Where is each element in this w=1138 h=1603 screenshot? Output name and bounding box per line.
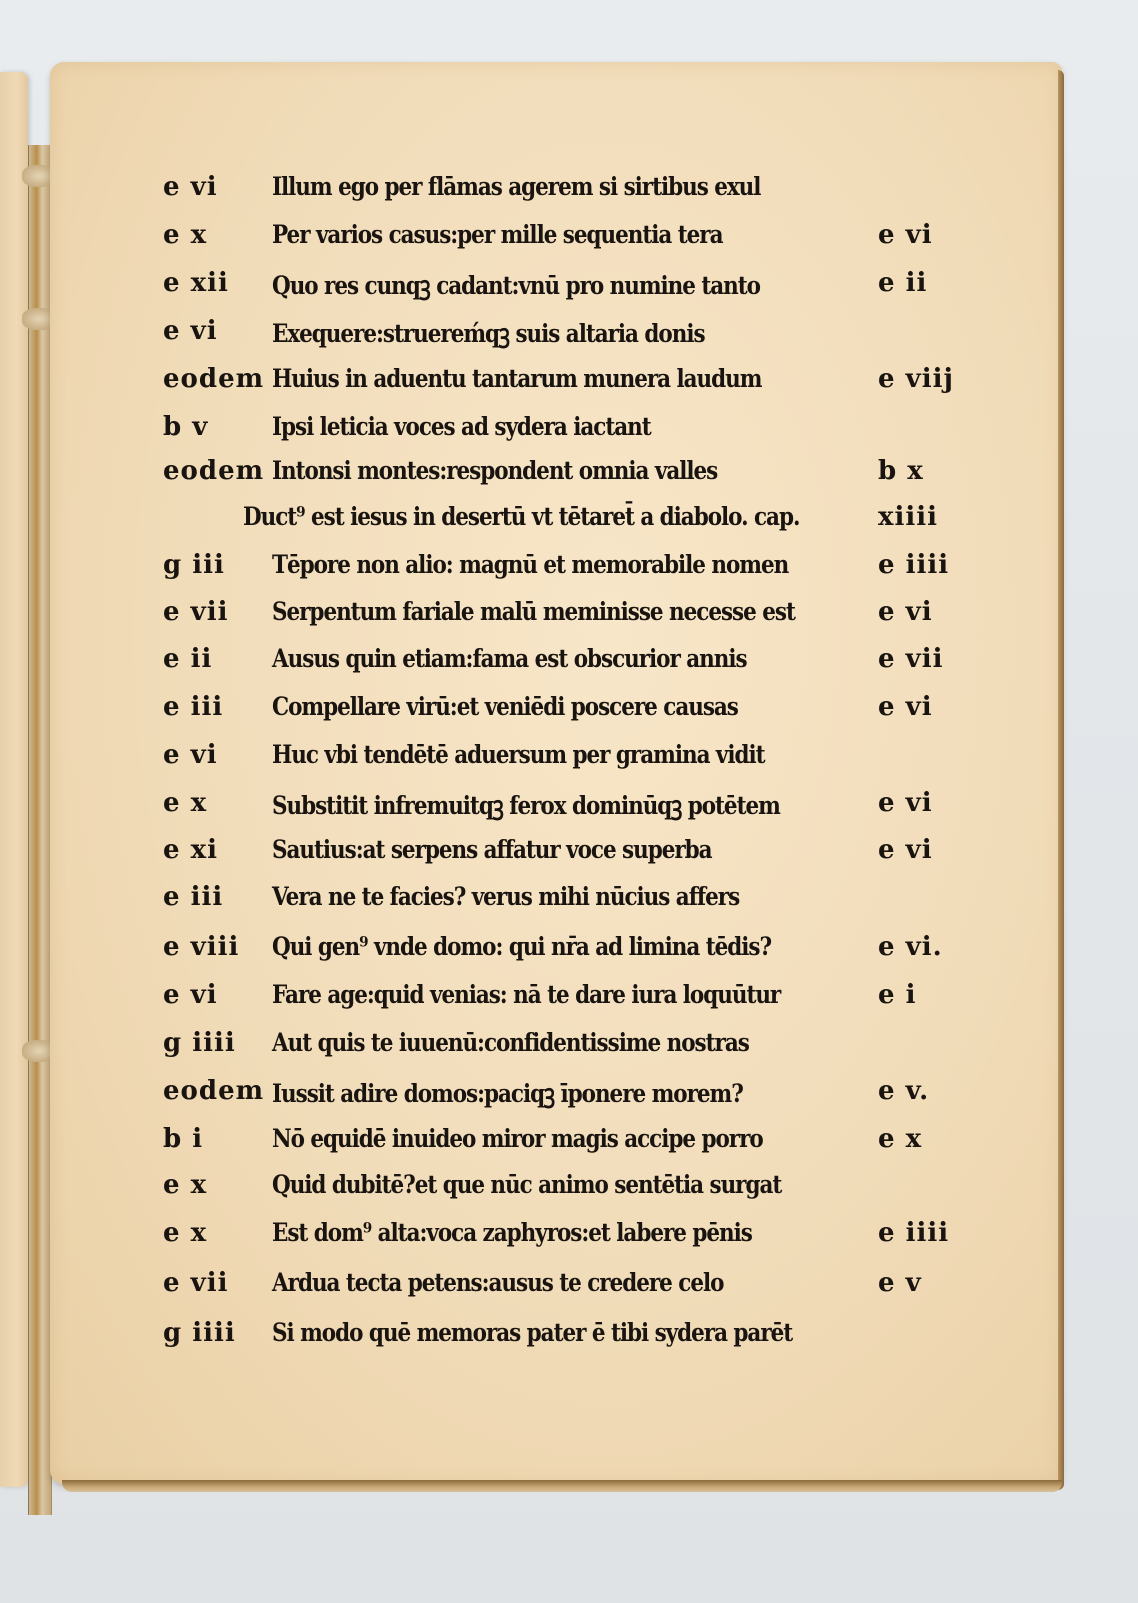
verse-text: Exequere:struereḿqꝫ suis altaria donis bbox=[272, 316, 705, 350]
verse-line: e vi Exequere:struereḿqꝫ suis altaria do… bbox=[0, 316, 1138, 356]
verse-line: e x Quid dubitē?et que nūc animo sentēti… bbox=[0, 1170, 1138, 1210]
left-margin-reference: e vii bbox=[163, 597, 228, 627]
verse-text: Substitit infremuitqꝫ ferox dominūqꝫ pot… bbox=[272, 788, 780, 822]
verse-line: e x Est dom⁹ alta:voca zaphyros:et laber… bbox=[0, 1218, 1138, 1258]
verse-line: eodem Intonsi montes:respondent omnia va… bbox=[0, 456, 1138, 496]
verse-line: e xii Quo res cunqꝫ cadant:vnū pro numin… bbox=[0, 268, 1138, 308]
verse-text: Illum ego per flāmas agerem si sirtibus … bbox=[272, 172, 760, 201]
verse-line: eodem Huius in aduentu tantarum munera l… bbox=[0, 364, 1138, 404]
left-margin-reference: b v bbox=[163, 412, 208, 442]
right-margin-reference: e iiii bbox=[878, 550, 949, 580]
left-margin-reference: e iii bbox=[163, 882, 223, 912]
verse-text: Nō equidē inuideo miror magis accipe por… bbox=[272, 1124, 763, 1153]
right-margin-reference: b x bbox=[878, 456, 924, 486]
chapter-heading: Duct⁹ est iesus in desertū vt tētaret̄ a… bbox=[0, 502, 1138, 542]
left-margin-reference: e vii bbox=[163, 1268, 228, 1298]
right-margin-reference: e vi bbox=[878, 692, 933, 722]
verse-line: b i Nō equidē inuideo miror magis accipe… bbox=[0, 1124, 1138, 1164]
right-margin-reference: e viij bbox=[878, 364, 954, 394]
right-margin-reference: e x bbox=[878, 1124, 922, 1154]
left-margin-reference: e viii bbox=[163, 932, 239, 962]
right-margin-reference: e v. bbox=[878, 1076, 929, 1106]
verse-text: Ipsi leticia voces ad sydera iactant bbox=[272, 412, 651, 441]
left-margin-reference: e x bbox=[163, 1170, 207, 1200]
right-margin-reference: e iiii bbox=[878, 1218, 949, 1248]
left-margin-reference: g iiii bbox=[163, 1028, 236, 1058]
left-margin-reference: eodem bbox=[163, 1076, 264, 1106]
verse-text: Compellare virū:et veniēdi poscere causa… bbox=[272, 692, 738, 721]
verse-line: e x Per varios casus:per mille sequentia… bbox=[0, 220, 1138, 260]
verse-text: Iussit adire domos:paciqꝫ īponere morem? bbox=[272, 1076, 743, 1110]
verse-text: Serpentum fariale malū meminisse necesse… bbox=[272, 597, 795, 626]
left-margin-reference: eodem bbox=[163, 364, 264, 394]
right-margin-reference: e vii bbox=[878, 644, 943, 674]
verse-line: e iii Vera ne te facies? verus mihi nūci… bbox=[0, 882, 1138, 922]
verse-line: g iiii Aut quis te iuuenū:confidentissim… bbox=[0, 1028, 1138, 1068]
verse-text: Ardua tecta petens:ausus te credere celo bbox=[272, 1268, 723, 1297]
left-margin-reference: e iii bbox=[163, 692, 223, 722]
verse-line: g iii Tēpore non alio: magnū et memorabi… bbox=[0, 550, 1138, 590]
verse-text: Quo res cunqꝫ cadant:vnū pro numine tant… bbox=[272, 268, 760, 302]
right-margin-reference: e v bbox=[878, 1268, 922, 1298]
verse-text: Ausus quin etiam:fama est obscurior anni… bbox=[272, 644, 747, 673]
left-margin-reference: e vi bbox=[163, 172, 218, 202]
verse-line: e vii Ardua tecta petens:ausus te creder… bbox=[0, 1268, 1138, 1308]
right-margin-reference: e i bbox=[878, 980, 916, 1010]
left-margin-reference: eodem bbox=[163, 456, 264, 486]
left-margin-reference: e vi bbox=[163, 316, 218, 346]
verse-line: eodem Iussit adire domos:paciqꝫ īponere … bbox=[0, 1076, 1138, 1116]
verse-text: Tēpore non alio: magnū et memorabile nom… bbox=[272, 550, 788, 579]
left-margin-reference: g iii bbox=[163, 550, 225, 580]
verse-line: e ii Ausus quin etiam:fama est obscurior… bbox=[0, 644, 1138, 684]
chapter-number: xiiii bbox=[878, 502, 938, 532]
right-margin-reference: e vi. bbox=[878, 932, 943, 962]
text-block: e vi Illum ego per flāmas agerem si sirt… bbox=[0, 0, 1138, 1603]
left-margin-reference: b i bbox=[163, 1124, 203, 1154]
verse-line: e xi Sautius:at serpens affatur voce sup… bbox=[0, 835, 1138, 875]
verse-text: Aut quis te iuuenū:confidentissime nostr… bbox=[272, 1028, 749, 1057]
verse-text: Fare age:quid venias: nā te dare iura lo… bbox=[272, 980, 780, 1009]
left-margin-reference: e x bbox=[163, 220, 207, 250]
right-margin-reference: e vi bbox=[878, 835, 933, 865]
right-margin-reference: e ii bbox=[878, 268, 927, 298]
left-margin-reference: e x bbox=[163, 788, 207, 818]
verse-line: g iiii Si modo quē memoras pater ē tibi … bbox=[0, 1318, 1138, 1358]
verse-text: Si modo quē memoras pater ē tibi sydera … bbox=[272, 1318, 792, 1347]
left-margin-reference: g iiii bbox=[163, 1318, 236, 1348]
left-margin-reference: e vi bbox=[163, 740, 218, 770]
verse-text: Intonsi montes:respondent omnia valles bbox=[272, 456, 717, 485]
verse-text: Huius in aduentu tantarum munera laudum bbox=[272, 364, 761, 393]
verse-text: Sautius:at serpens affatur voce superba bbox=[272, 835, 712, 864]
right-margin-reference: e vi bbox=[878, 788, 933, 818]
chapter-heading-text: Duct⁹ est iesus in desertū vt tētaret̄ a… bbox=[243, 502, 799, 531]
verse-text: Est dom⁹ alta:voca zaphyros:et labere pē… bbox=[272, 1218, 752, 1247]
right-margin-reference: e vi bbox=[878, 220, 933, 250]
verse-line: e iii Compellare virū:et veniēdi poscere… bbox=[0, 692, 1138, 732]
verse-line: e x Substitit infremuitqꝫ ferox dominūqꝫ… bbox=[0, 788, 1138, 828]
left-margin-reference: e x bbox=[163, 1218, 207, 1248]
verse-text: Huc vbi tendētē aduersum per gramina vid… bbox=[272, 740, 765, 769]
verse-line: e vi Huc vbi tendētē aduersum per gramin… bbox=[0, 740, 1138, 780]
verse-text: Quid dubitē?et que nūc animo sentētia su… bbox=[272, 1170, 781, 1199]
verse-text: Per varios casus:per mille sequentia ter… bbox=[272, 220, 723, 249]
verse-text: Qui gen⁹ vnde domo: qui nr̄a ad limina t… bbox=[272, 932, 771, 961]
verse-line: e vi Fare age:quid venias: nā te dare iu… bbox=[0, 980, 1138, 1020]
verse-text: Vera ne te facies? verus mihi nūcius aff… bbox=[272, 882, 739, 911]
verse-line: e viii Qui gen⁹ vnde domo: qui nr̄a ad l… bbox=[0, 932, 1138, 972]
left-margin-reference: e vi bbox=[163, 980, 218, 1010]
right-margin-reference: e vi bbox=[878, 597, 933, 627]
verse-line: b v Ipsi leticia voces ad sydera iactant bbox=[0, 412, 1138, 452]
verse-line: e vii Serpentum fariale malū meminisse n… bbox=[0, 597, 1138, 637]
left-margin-reference: e xii bbox=[163, 268, 229, 298]
left-margin-reference: e xi bbox=[163, 835, 218, 865]
verse-line: e vi Illum ego per flāmas agerem si sirt… bbox=[0, 172, 1138, 212]
left-margin-reference: e ii bbox=[163, 644, 212, 674]
